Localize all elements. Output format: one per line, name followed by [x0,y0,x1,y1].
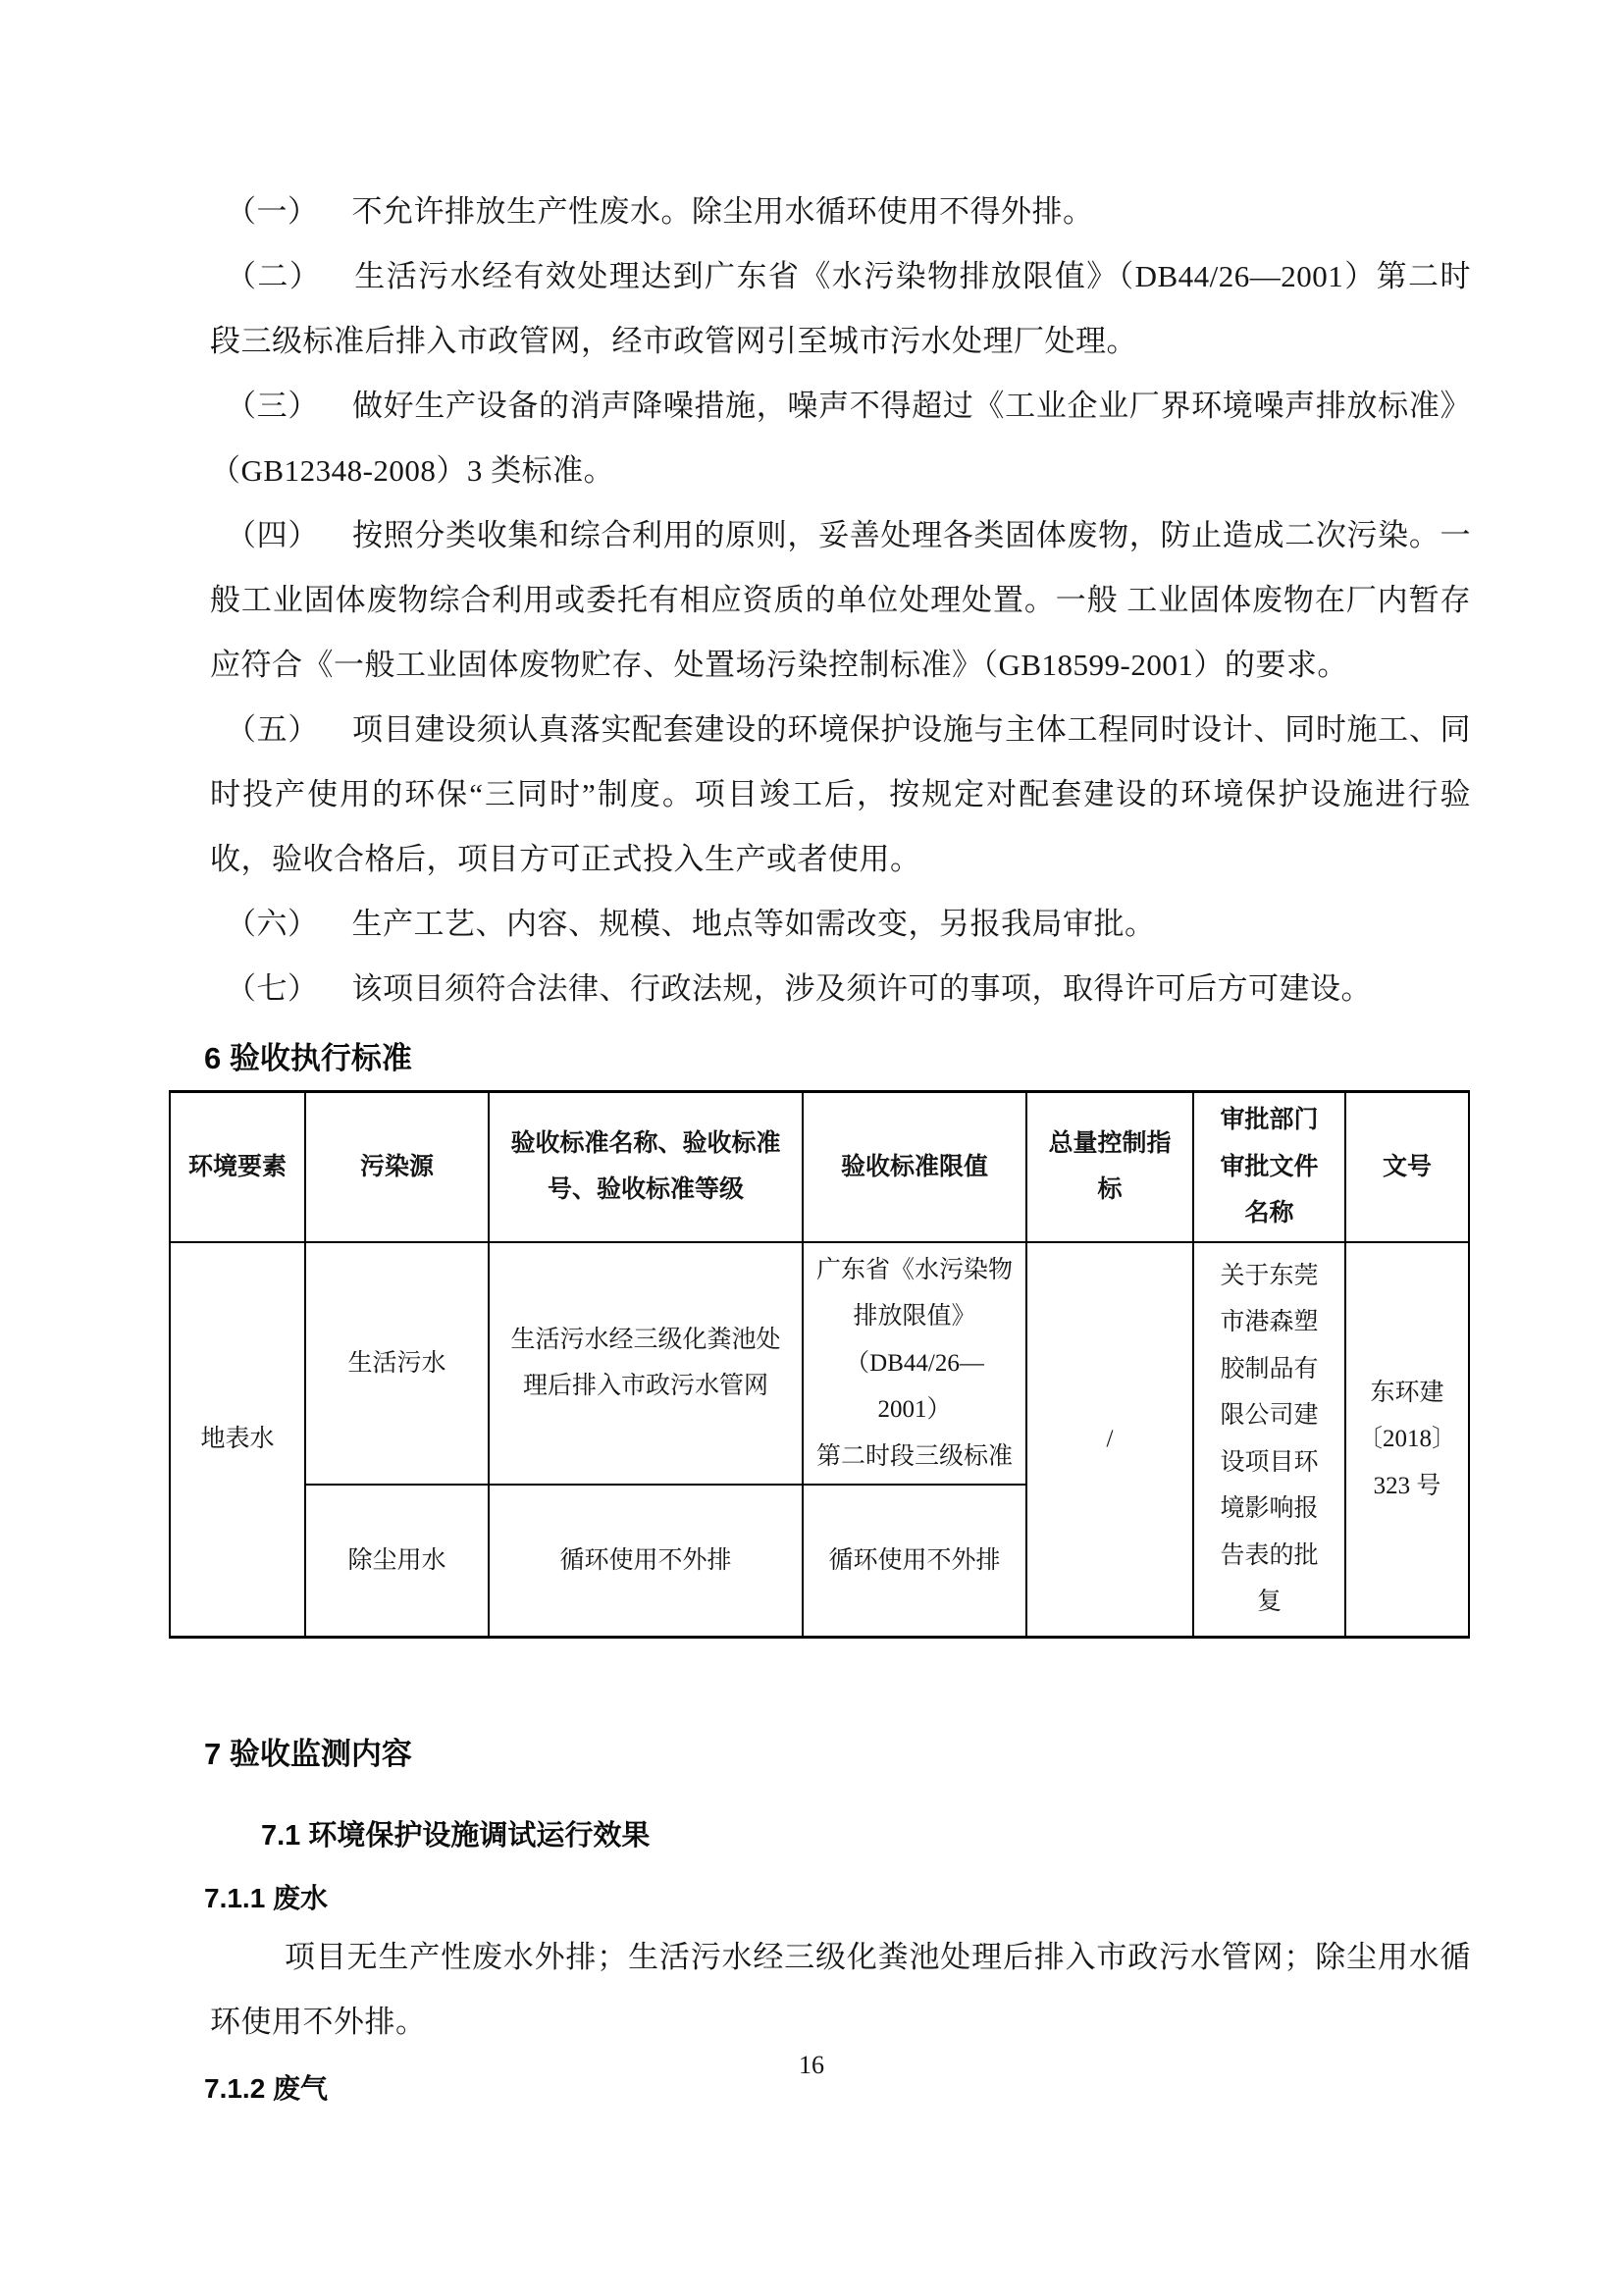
section-7-1-heading: 7.1 环境保护设施调试运行效果 [261,1815,1471,1856]
condition-paragraph-3: （三）做好生产设备的消声降噪措施，噪声不得超过《工业企业厂界环境噪声排放标准》（… [210,374,1471,503]
section-6-heading: 6 验收执行标准 [204,1037,1471,1080]
cell-total-control: / [1026,1242,1193,1638]
cell-document-number: 东环建 〔2018〕 323 号 [1345,1242,1469,1638]
cell-source: 除尘用水 [305,1485,489,1638]
condition-text: 生活污水经有效处理达到广东省《水污染物排放限值》（DB44/26—2001）第二… [210,259,1471,358]
cell-standard: 循环使用不外排 [489,1485,803,1638]
condition-paragraph-4: （四）按照分类收集和综合利用的原则，妥善处理各类固体废物，防止造成二次污染。一般… [210,503,1471,698]
page-content: （一）不允许排放生产性废水。除尘用水循环使用不得外排。 （二）生活污水经有效处理… [0,0,1623,2110]
header-doc-number: 文号 [1345,1092,1469,1242]
cell-limit: 广东省《水污染物 排放限值》 （DB44/26—2001） 第二时段三级标准 [803,1242,1026,1486]
condition-marker: （五） [226,712,319,747]
condition-text: 不允许排放生产性废水。除尘用水循环使用不得外排。 [352,194,1094,229]
header-pollution-source: 污染源 [305,1092,489,1242]
condition-paragraph-7: （七）该项目须符合法律、行政法规，涉及须许可的事项，取得许可后方可建设。 [210,957,1471,1021]
condition-marker: （一） [226,194,319,229]
approval-conditions-list: （一）不允许排放生产性废水。除尘用水循环使用不得外排。 （二）生活污水经有效处理… [210,180,1471,1021]
section-7-heading: 7 验收监测内容 [204,1733,1471,1776]
condition-paragraph-5: （五）项目建设须认真落实配套建设的环境保护设施与主体工程同时设计、同时施工、同时… [210,698,1471,892]
acceptance-standards-table: 环境要素 污染源 验收标准名称、验收标准 号、验收标准等级 验收标准限值 总量控… [169,1090,1470,1639]
condition-marker: （七） [226,971,319,1006]
header-total-control: 总量控制指 标 [1026,1092,1193,1242]
cell-environment-element: 地表水 [170,1242,305,1638]
condition-marker: （二） [226,259,321,293]
page-number: 16 [0,2051,1623,2080]
condition-text: 做好生产设备的消声降噪措施，噪声不得超过《工业企业厂界环境噪声排放标准》（GB1… [210,389,1471,488]
header-standard-name: 验收标准名称、验收标准 号、验收标准等级 [489,1092,803,1242]
wastewater-body-text: 项目无生产性废水外排；生活污水经三级化粪池处理后排入市政污水管网；除尘用水循环使… [210,1925,1471,2055]
condition-marker: （三） [226,389,319,423]
header-standard-limit: 验收标准限值 [803,1092,1026,1242]
cell-approval-document: 关于东莞 市港森塑 胶制品有 限公司建 设项目环 境影响报 告表的批 复 [1193,1242,1345,1638]
section-7-1-1-heading: 7.1.1 废水 [204,1878,1471,1919]
condition-text: 该项目须符合法律、行政法规，涉及须许可的事项，取得许可后方可建设。 [352,971,1373,1006]
table-row-domestic-sewage: 地表水 生活污水 生活污水经三级化粪池处 理后排入市政污水管网 广东省《水污染物… [170,1242,1469,1486]
condition-paragraph-2: （二）生活污水经有效处理达到广东省《水污染物排放限值》（DB44/26—2001… [210,244,1471,374]
header-approval-doc: 审批部门 审批文件 名称 [1193,1092,1345,1242]
condition-text: 按照分类收集和综合利用的原则，妥善处理各类固体废物，防止造成二次污染。一般工业固… [210,518,1471,682]
condition-text: 生产工艺、内容、规模、地点等如需改变，另报我局审批。 [352,907,1156,941]
cell-source: 生活污水 [305,1242,489,1486]
condition-marker: （六） [226,907,319,941]
condition-paragraph-1: （一）不允许排放生产性废水。除尘用水循环使用不得外排。 [210,180,1471,244]
cell-standard: 生活污水经三级化粪池处 理后排入市政污水管网 [489,1242,803,1486]
condition-marker: （四） [226,518,319,552]
condition-text: 项目建设须认真落实配套建设的环境保护设施与主体工程同时设计、同时施工、同时投产使… [210,712,1471,876]
condition-paragraph-6: （六）生产工艺、内容、规模、地点等如需改变，另报我局审批。 [210,892,1471,957]
cell-limit: 循环使用不外排 [803,1485,1026,1638]
document-page: （一）不允许排放生产性废水。除尘用水循环使用不得外排。 （二）生活污水经有效处理… [0,0,1623,2296]
header-environment-element: 环境要素 [170,1092,305,1242]
table-header-row: 环境要素 污染源 验收标准名称、验收标准 号、验收标准等级 验收标准限值 总量控… [170,1092,1469,1242]
